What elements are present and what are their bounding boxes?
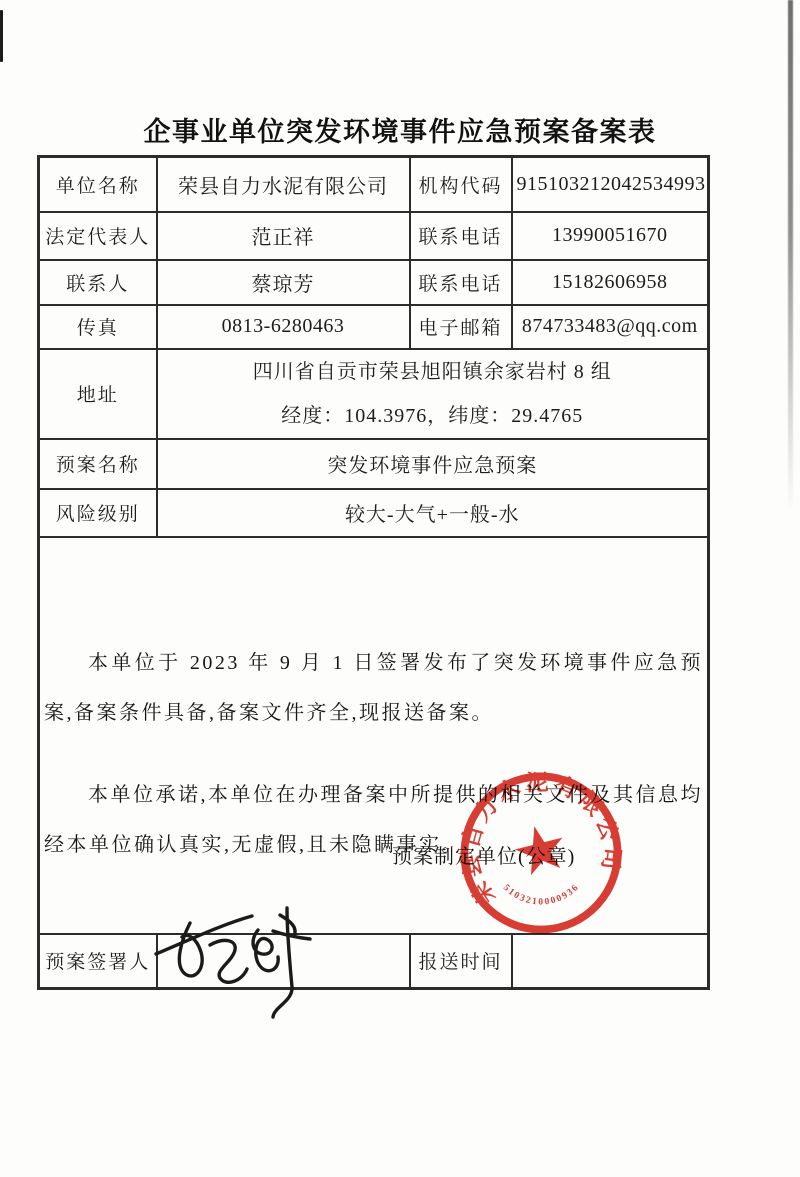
phone1-value: 13990051670 [512, 212, 709, 260]
email-label: 电子邮箱 [410, 305, 512, 349]
declaration-cell: 本单位于 2023 年 9 月 1 日签署发布了突发环境事件应急预案,备案条件具… [39, 537, 709, 934]
fax-value: 0813-6280463 [157, 305, 410, 349]
org-code-label: 机构代码 [410, 157, 512, 212]
table-row: 本单位于 2023 年 9 月 1 日签署发布了突发环境事件应急预案,备案条件具… [39, 537, 709, 934]
address-coordinates: 经度：104.3976，纬度：29.4765 [162, 394, 704, 438]
phone1-label: 联系电话 [410, 212, 512, 260]
submit-time-label: 报送时间 [410, 934, 512, 989]
org-code-value: 915103212042534993 [512, 157, 709, 212]
address-value: 四川省自贡市荣县旭阳镇余家岩村 8 组 经度：104.3976，纬度：29.47… [157, 349, 709, 439]
table-row: 风险级别 较大-大气+一般-水 [39, 489, 709, 537]
email-value: 874733483@qq.com [512, 305, 709, 349]
scan-artifact-left-mark [0, 10, 3, 62]
table-row: 传真 0813-6280463 电子邮箱 874733483@qq.com [39, 305, 709, 349]
phone2-value: 15182606958 [512, 260, 709, 305]
declaration-paragraph-1: 本单位于 2023 年 9 月 1 日签署发布了突发环境事件应急预案,备案条件具… [44, 638, 703, 738]
legal-rep-label: 法定代表人 [39, 212, 157, 260]
phone2-label: 联系电话 [410, 260, 512, 305]
fax-label: 传真 [39, 305, 157, 349]
table-row: 预案名称 突发环境事件应急预案 [39, 439, 709, 489]
table-row: 法定代表人 范正祥 联系电话 13990051670 [39, 212, 709, 260]
address-label: 地址 [39, 349, 157, 439]
table-row: 预案签署人 报送时间 [39, 934, 709, 989]
contact-label: 联系人 [39, 260, 157, 305]
scanned-form-page: 企事业单位突发环境事件应急预案备案表 单位名称 荣县自力水泥有限公司 机构代码 … [0, 0, 800, 1177]
unit-name-label: 单位名称 [39, 157, 157, 212]
table-row: 地址 四川省自贡市荣县旭阳镇余家岩村 8 组 经度：104.3976，纬度：29… [39, 349, 709, 439]
filing-form-table: 单位名称 荣县自力水泥有限公司 机构代码 915103212042534993 … [37, 155, 710, 990]
page-title: 企事业单位突发环境事件应急预案备案表 [0, 110, 800, 149]
plan-signer-value [157, 934, 410, 989]
scan-artifact-page-edge-shadow [788, 0, 793, 512]
unit-name-value: 荣县自力水泥有限公司 [157, 157, 410, 212]
plan-name-label: 预案名称 [39, 439, 157, 489]
risk-level-value: 较大-大气+一般-水 [157, 489, 709, 537]
risk-level-label: 风险级别 [39, 489, 157, 537]
declaration-paragraph-2: 本单位承诺,本单位在办理备案中所提供的相关文件及其信息均经本单位确认真实,无虚假… [44, 770, 703, 870]
contact-value: 蔡琼芳 [157, 260, 410, 305]
table-row: 联系人 蔡琼芳 联系电话 15182606958 [39, 260, 709, 305]
table-row: 单位名称 荣县自力水泥有限公司 机构代码 915103212042534993 [39, 157, 709, 212]
submit-time-value [512, 934, 709, 989]
address-line1: 四川省自贡市荣县旭阳镇余家岩村 8 组 [162, 350, 704, 394]
plan-name-value: 突发环境事件应急预案 [157, 439, 709, 489]
plan-signer-label: 预案签署人 [39, 934, 157, 989]
seal-caption: 预案制定单位(公章) [392, 840, 575, 869]
legal-rep-value: 范正祥 [157, 212, 410, 260]
